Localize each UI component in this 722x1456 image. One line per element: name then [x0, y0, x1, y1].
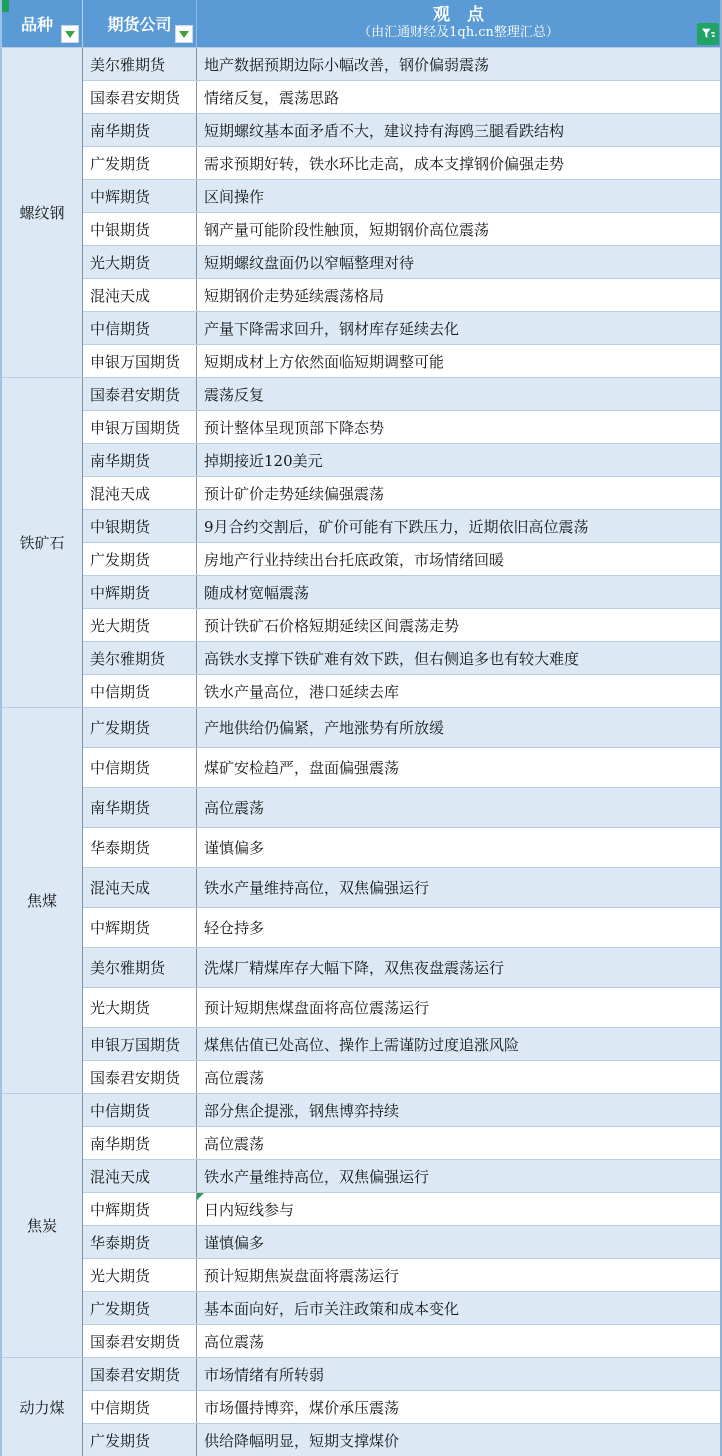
- view-cell[interactable]: 短期螺纹基本面矛盾不大，建议持有海鸥三腿看跌结构: [197, 114, 720, 146]
- table-row: 中信期货部分焦企提涨，钢焦博弈持续: [83, 1093, 720, 1126]
- company-cell[interactable]: 申银万国期货: [83, 1028, 197, 1060]
- table-row: 中信期货煤矿安检趋严，盘面偏强震荡: [83, 747, 720, 787]
- view-cell[interactable]: 部分焦企提涨，钢焦博弈持续: [197, 1094, 720, 1126]
- view-text: 短期螺纹盘面仍以窄幅整理对待: [204, 252, 414, 273]
- company-name: 中辉期货: [90, 186, 150, 207]
- company-cell[interactable]: 南华期货: [83, 788, 197, 827]
- view-cell[interactable]: 铁水产量高位，港口延续去库: [197, 675, 720, 707]
- company-cell[interactable]: 中信期货: [83, 1094, 197, 1126]
- view-cell[interactable]: 房地产行业持续出台托底政策，市场情绪回暖: [197, 543, 720, 575]
- table-row: 中辉期货随成材宽幅震荡: [83, 575, 720, 608]
- company-cell[interactable]: 中辉期货: [83, 576, 197, 608]
- variety-cell[interactable]: 螺纹钢: [2, 47, 83, 377]
- company-name: 申银万国期货: [90, 417, 180, 438]
- table-row: 南华期货掉期接近120美元: [83, 443, 720, 476]
- company-cell[interactable]: 中辉期货: [83, 180, 197, 212]
- company-name: 中辉期货: [90, 917, 150, 938]
- view-text: 房地产行业持续出台托底政策，市场情绪回暖: [204, 549, 504, 570]
- company-cell[interactable]: 华泰期货: [83, 828, 197, 867]
- table-row: 国泰君安期货震荡反复: [83, 377, 720, 410]
- view-text: 日内短线参与: [204, 1199, 294, 1220]
- company-name: 南华期货: [90, 1133, 150, 1154]
- company-name: 光大期货: [90, 997, 150, 1018]
- company-cell[interactable]: 美尔雅期货: [83, 48, 197, 80]
- company-name: 华泰期货: [90, 837, 150, 858]
- company-name: 广发期货: [90, 717, 150, 738]
- note-marker-icon: [197, 1193, 204, 1200]
- company-cell[interactable]: 广发期货: [83, 147, 197, 179]
- table-row: 光大期货预计铁矿石价格短期延续区间震荡走势: [83, 608, 720, 641]
- variety-cell[interactable]: 焦炭: [2, 1093, 83, 1357]
- view-text: 预计短期焦炭盘面将震荡运行: [204, 1265, 399, 1286]
- view-text: 震荡反复: [204, 384, 264, 405]
- column-header-variety[interactable]: 品种: [2, 0, 83, 47]
- table-row: 华泰期货谨慎偏多: [83, 1225, 720, 1258]
- view-text: 短期螺纹基本面矛盾不大，建议持有海鸥三腿看跌结构: [204, 120, 564, 141]
- company-cell[interactable]: 混沌天成: [83, 279, 197, 311]
- view-text: 短期钢价走势延续震荡格局: [204, 285, 384, 306]
- company-cell[interactable]: 光大期货: [83, 609, 197, 641]
- view-text: 需求预期好转，铁水环比走高，成本支撑钢价偏强走势: [204, 153, 564, 174]
- view-text: 产地供给仍偏紧，产地涨势有所放缓: [204, 717, 444, 738]
- company-cell[interactable]: 美尔雅期货: [83, 642, 197, 674]
- view-text: 部分焦企提涨，钢焦博弈持续: [204, 1100, 399, 1121]
- view-cell[interactable]: 预计整体呈现顶部下降态势: [197, 411, 720, 443]
- view-text: 市场僵持博弈，煤价承压震荡: [204, 1397, 399, 1418]
- company-cell[interactable]: 国泰君安期货: [83, 1358, 197, 1390]
- filter-dropdown-icon: [179, 31, 189, 38]
- view-cell[interactable]: 轻仓持多: [197, 908, 720, 947]
- table-row: 南华期货高位震荡: [83, 1126, 720, 1159]
- company-cell[interactable]: 南华期货: [83, 444, 197, 476]
- table-row: 国泰君安期货高位震荡: [83, 1060, 720, 1093]
- company-name: 中辉期货: [90, 582, 150, 603]
- company-cell[interactable]: 中辉期货: [83, 908, 197, 947]
- company-cell[interactable]: 国泰君安期货: [83, 1061, 197, 1093]
- table-row: 光大期货预计短期焦煤盘面将高位震荡运行: [83, 987, 720, 1027]
- view-cell[interactable]: 高位震荡: [197, 1061, 720, 1093]
- view-text: 预计整体呈现顶部下降态势: [204, 417, 384, 438]
- table-row: 国泰君安期货高位震荡: [83, 1324, 720, 1357]
- view-cell[interactable]: 供给降幅明显，短期支撑煤价: [197, 1424, 720, 1456]
- company-name: 中银期货: [90, 219, 150, 240]
- company-cell[interactable]: 光大期货: [83, 988, 197, 1027]
- view-cell[interactable]: 高位震荡: [197, 1325, 720, 1357]
- table-row: 华泰期货谨慎偏多: [83, 827, 720, 867]
- section-3: 焦煤广发期货产地供给仍偏紧，产地涨势有所放缓中信期货煤矿安检趋严，盘面偏强震荡南…: [2, 707, 720, 1093]
- section-2: 铁矿石国泰君安期货震荡反复申银万国期货预计整体呈现顶部下降态势南华期货掉期接近1…: [2, 377, 720, 707]
- company-name: 光大期货: [90, 615, 150, 636]
- table-row: 申银万国期货短期成材上方依然面临短期调整可能: [83, 344, 720, 377]
- variety-cell[interactable]: 焦煤: [2, 707, 83, 1093]
- view-header-subtitle: （由汇通财经及1qh.cn整理汇总）: [358, 26, 559, 41]
- company-name: 国泰君安期货: [90, 1364, 180, 1385]
- view-cell[interactable]: 产地供给仍偏紧，产地涨势有所放缓: [197, 708, 720, 747]
- view-cell[interactable]: 铁水产量维持高位，双焦偏强运行: [197, 1160, 720, 1192]
- company-name: 南华期货: [90, 797, 150, 818]
- table-row: 中银期货钢产量可能阶段性触顶，短期钢价高位震荡: [83, 212, 720, 245]
- view-text: 随成材宽幅震荡: [204, 582, 309, 603]
- company-cell[interactable]: 中银期货: [83, 213, 197, 245]
- variety-label: 螺纹钢: [19, 202, 64, 223]
- company-name: 光大期货: [90, 252, 150, 273]
- company-name: 混沌天成: [90, 483, 150, 504]
- view-text: 供给降幅明显，短期支撑煤价: [204, 1430, 399, 1451]
- section-rows: 中信期货部分焦企提涨，钢焦博弈持续南华期货高位震荡混沌天成铁水产量维持高位，双焦…: [83, 1093, 720, 1357]
- table-row: 申银万国期货预计整体呈现顶部下降态势: [83, 410, 720, 443]
- company-cell[interactable]: 混沌天成: [83, 477, 197, 509]
- view-cell[interactable]: 高铁水支撑下铁矿难有效下跌，但右侧追多也有较大难度: [197, 642, 720, 674]
- view-cell[interactable]: 高位震荡: [197, 788, 720, 827]
- company-cell[interactable]: 国泰君安期货: [83, 378, 197, 410]
- table-row: 光大期货短期螺纹盘面仍以窄幅整理对待: [83, 245, 720, 278]
- company-name: 国泰君安期货: [90, 87, 180, 108]
- table-row: 混沌天成铁水产量维持高位，双焦偏强运行: [83, 1159, 720, 1192]
- sheet-corner-marker: [2, 0, 9, 12]
- table-row: 中辉期货区间操作: [83, 179, 720, 212]
- company-name: 混沌天成: [90, 877, 150, 898]
- company-name: 中信期货: [90, 757, 150, 778]
- company-header-label: 期货公司: [107, 12, 171, 35]
- company-name: 中银期货: [90, 516, 150, 537]
- company-name: 南华期货: [90, 450, 150, 471]
- view-text: 高位震荡: [204, 1331, 264, 1352]
- company-name: 申银万国期货: [90, 351, 180, 372]
- view-text: 市场情绪有所转弱: [204, 1364, 324, 1385]
- company-name: 美尔雅期货: [90, 54, 165, 75]
- company-name: 中信期货: [90, 681, 150, 702]
- table-row: 混沌天成短期钢价走势延续震荡格局: [83, 278, 720, 311]
- view-text: 9月合约交割后，矿价可能有下跌压力，近期依旧高位震荡: [204, 516, 589, 537]
- company-cell[interactable]: 申银万国期货: [83, 411, 197, 443]
- view-cell[interactable]: 预计铁矿石价格短期延续区间震荡走势: [197, 609, 720, 641]
- view-cell[interactable]: 日内短线参与: [197, 1193, 720, 1225]
- company-name: 申银万国期货: [90, 1034, 180, 1055]
- company-name: 国泰君安期货: [90, 384, 180, 405]
- view-text: 掉期接近120美元: [204, 450, 323, 471]
- view-text: 煤焦估值已处高位、操作上需谨防过度追涨风险: [204, 1034, 519, 1055]
- company-cell[interactable]: 光大期货: [83, 246, 197, 278]
- view-text: 高位震荡: [204, 1133, 264, 1154]
- table-header: 品种 期货公司 观 点 （由汇通财经及1qh.cn整理汇总）: [2, 0, 720, 47]
- table-row: 广发期货供给降幅明显，短期支撑煤价: [83, 1423, 720, 1456]
- table-row: 广发期货基本面向好，后市关注政策和成本变化: [83, 1291, 720, 1324]
- company-cell[interactable]: 光大期货: [83, 1259, 197, 1291]
- view-cell[interactable]: 区间操作: [197, 180, 720, 212]
- view-text: 谨慎偏多: [204, 1232, 264, 1253]
- variety-label: 焦煤: [27, 890, 57, 911]
- view-text: 短期成材上方依然面临短期调整可能: [204, 351, 444, 372]
- view-text: 产量下降需求回升，钢材库存延续去化: [204, 318, 459, 339]
- view-cell[interactable]: 随成材宽幅震荡: [197, 576, 720, 608]
- view-text: 洗煤厂精煤库存大幅下降，双焦夜盘震荡运行: [204, 957, 504, 978]
- view-text: 区间操作: [204, 186, 264, 207]
- section-5: 动力煤国泰君安期货市场情绪有所转弱中信期货市场僵持博弈，煤价承压震荡广发期货供给…: [2, 1357, 720, 1456]
- company-name: 广发期货: [90, 549, 150, 570]
- company-cell[interactable]: 中信期货: [83, 1391, 197, 1423]
- table-row: 中辉期货轻仓持多: [83, 907, 720, 947]
- company-cell[interactable]: 国泰君安期货: [83, 1325, 197, 1357]
- view-text: 预计矿价走势延续偏强震荡: [204, 483, 384, 504]
- view-cell[interactable]: 短期钢价走势延续震荡格局: [197, 279, 720, 311]
- section-rows: 国泰君安期货市场情绪有所转弱中信期货市场僵持博弈，煤价承压震荡广发期货供给降幅明…: [83, 1357, 720, 1456]
- section-4: 焦炭中信期货部分焦企提涨，钢焦博弈持续南华期货高位震荡混沌天成铁水产量维持高位，…: [2, 1093, 720, 1357]
- view-cell[interactable]: 预计短期焦炭盘面将震荡运行: [197, 1259, 720, 1291]
- company-cell[interactable]: 混沌天成: [83, 1160, 197, 1192]
- view-cell[interactable]: 市场情绪有所转弱: [197, 1358, 720, 1390]
- variety-cell[interactable]: 动力煤: [2, 1357, 83, 1456]
- view-text: 情绪反复，震荡思路: [204, 87, 339, 108]
- company-name: 国泰君安期货: [90, 1331, 180, 1352]
- company-cell[interactable]: 中银期货: [83, 510, 197, 542]
- section-rows: 美尔雅期货地产数据预期边际小幅改善，钢价偏弱震荡国泰君安期货情绪反复，震荡思路南…: [83, 47, 720, 377]
- view-text: 铁水产量高位，港口延续去库: [204, 681, 399, 702]
- company-cell[interactable]: 南华期货: [83, 1127, 197, 1159]
- company-name: 中信期货: [90, 318, 150, 339]
- table-body: 螺纹钢美尔雅期货地产数据预期边际小幅改善，钢价偏弱震荡国泰君安期货情绪反复，震荡…: [2, 47, 720, 1456]
- table-row: 南华期货短期螺纹基本面矛盾不大，建议持有海鸥三腿看跌结构: [83, 113, 720, 146]
- company-cell[interactable]: 广发期货: [83, 1424, 197, 1456]
- view-text: 地产数据预期边际小幅改善，钢价偏弱震荡: [204, 54, 489, 75]
- table-row: 中辉期货日内短线参与: [83, 1192, 720, 1225]
- view-text: 铁水产量维持高位，双焦偏强运行: [204, 877, 429, 898]
- view-cell[interactable]: 预计矿价走势延续偏强震荡: [197, 477, 720, 509]
- section-1: 螺纹钢美尔雅期货地产数据预期边际小幅改善，钢价偏弱震荡国泰君安期货情绪反复，震荡…: [2, 47, 720, 377]
- view-cell[interactable]: 煤焦估值已处高位、操作上需谨防过度追涨风险: [197, 1028, 720, 1060]
- view-text: 预计短期焦煤盘面将高位震荡运行: [204, 997, 429, 1018]
- table-row: 中信期货铁水产量高位，港口延续去库: [83, 674, 720, 707]
- company-name: 光大期货: [90, 1265, 150, 1286]
- table-row: 混沌天成预计矿价走势延续偏强震荡: [83, 476, 720, 509]
- company-cell[interactable]: 申银万国期货: [83, 345, 197, 377]
- company-name: 中辉期货: [90, 1199, 150, 1220]
- view-text: 铁水产量维持高位，双焦偏强运行: [204, 1166, 429, 1187]
- table-row: 美尔雅期货地产数据预期边际小幅改善，钢价偏弱震荡: [83, 47, 720, 80]
- view-cell[interactable]: 铁水产量维持高位，双焦偏强运行: [197, 868, 720, 907]
- variety-label: 焦炭: [27, 1215, 57, 1236]
- table-row: 中信期货市场僵持博弈，煤价承压震荡: [83, 1390, 720, 1423]
- variety-label: 动力煤: [19, 1397, 64, 1418]
- variety-cell[interactable]: 铁矿石: [2, 377, 83, 707]
- view-text: 高位震荡: [204, 797, 264, 818]
- company-name: 美尔雅期货: [90, 648, 165, 669]
- table-row: 美尔雅期货高铁水支撑下铁矿难有效下跌，但右侧追多也有较大难度: [83, 641, 720, 674]
- view-text: 基本面向好，后市关注政策和成本变化: [204, 1298, 459, 1319]
- company-name: 美尔雅期货: [90, 957, 165, 978]
- view-cell[interactable]: 基本面向好，后市关注政策和成本变化: [197, 1292, 720, 1324]
- variety-header-label: 品种: [21, 12, 53, 35]
- table-row: 国泰君安期货市场情绪有所转弱: [83, 1357, 720, 1390]
- section-rows: 广发期货产地供给仍偏紧，产地涨势有所放缓中信期货煤矿安检趋严，盘面偏强震荡南华期…: [83, 707, 720, 1093]
- view-cell[interactable]: 地产数据预期边际小幅改善，钢价偏弱震荡: [197, 48, 720, 80]
- view-text: 谨慎偏多: [204, 837, 264, 858]
- company-filter-button[interactable]: [175, 25, 193, 43]
- table-row: 中银期货9月合约交割后，矿价可能有下跌压力，近期依旧高位震荡: [83, 509, 720, 542]
- view-cell[interactable]: 震荡反复: [197, 378, 720, 410]
- company-name: 中信期货: [90, 1397, 150, 1418]
- view-cell[interactable]: 高位震荡: [197, 1127, 720, 1159]
- view-cell[interactable]: 钢产量可能阶段性触顶，短期钢价高位震荡: [197, 213, 720, 245]
- company-cell[interactable]: 南华期货: [83, 114, 197, 146]
- view-cell[interactable]: 掉期接近120美元: [197, 444, 720, 476]
- table-row: 国泰君安期货情绪反复，震荡思路: [83, 80, 720, 113]
- column-header-view[interactable]: 观 点 （由汇通财经及1qh.cn整理汇总）: [197, 0, 720, 47]
- funnel-filter-icon: [700, 26, 716, 42]
- company-cell[interactable]: 华泰期货: [83, 1226, 197, 1258]
- view-cell[interactable]: 市场僵持博弈，煤价承压震荡: [197, 1391, 720, 1423]
- company-name: 广发期货: [90, 153, 150, 174]
- table-row: 广发期货房地产行业持续出台托底政策，市场情绪回暖: [83, 542, 720, 575]
- company-cell[interactable]: 广发期货: [83, 543, 197, 575]
- table-row: 混沌天成铁水产量维持高位，双焦偏强运行: [83, 867, 720, 907]
- column-header-company[interactable]: 期货公司: [83, 0, 197, 47]
- company-name: 中信期货: [90, 1100, 150, 1121]
- company-cell[interactable]: 中辉期货: [83, 1193, 197, 1225]
- company-name: 广发期货: [90, 1298, 150, 1319]
- view-text: 轻仓持多: [204, 917, 264, 938]
- view-text: 高铁水支撑下铁矿难有效下跌，但右侧追多也有较大难度: [204, 648, 579, 669]
- view-cell[interactable]: 情绪反复，震荡思路: [197, 81, 720, 113]
- company-name: 华泰期货: [90, 1232, 150, 1253]
- table-row: 申银万国期货煤焦估值已处高位、操作上需谨防过度追涨风险: [83, 1027, 720, 1060]
- view-cell[interactable]: 洗煤厂精煤库存大幅下降，双焦夜盘震荡运行: [197, 948, 720, 987]
- table-row: 广发期货产地供给仍偏紧，产地涨势有所放缓: [83, 707, 720, 747]
- company-name: 南华期货: [90, 120, 150, 141]
- company-cell[interactable]: 中信期货: [83, 675, 197, 707]
- view-cell[interactable]: 产量下降需求回升，钢材库存延续去化: [197, 312, 720, 344]
- variety-filter-button[interactable]: [61, 25, 79, 43]
- company-cell[interactable]: 广发期货: [83, 708, 197, 747]
- filter-dropdown-icon: [65, 31, 75, 38]
- company-cell[interactable]: 国泰君安期货: [83, 81, 197, 113]
- view-cell[interactable]: 谨慎偏多: [197, 828, 720, 867]
- company-name: 广发期货: [90, 1430, 150, 1451]
- view-header-title: 观 点: [433, 6, 484, 26]
- funnel-filter-button[interactable]: [697, 23, 719, 45]
- company-name: 混沌天成: [90, 1166, 150, 1187]
- section-rows: 国泰君安期货震荡反复申银万国期货预计整体呈现顶部下降态势南华期货掉期接近120美…: [83, 377, 720, 707]
- company-cell[interactable]: 广发期货: [83, 1292, 197, 1324]
- view-cell[interactable]: 9月合约交割后，矿价可能有下跌压力，近期依旧高位震荡: [197, 510, 720, 542]
- table-row: 广发期货需求预期好转，铁水环比走高，成本支撑钢价偏强走势: [83, 146, 720, 179]
- company-cell[interactable]: 中信期货: [83, 312, 197, 344]
- view-text: 煤矿安检趋严，盘面偏强震荡: [204, 757, 399, 778]
- variety-label: 铁矿石: [19, 532, 64, 553]
- view-cell[interactable]: 需求预期好转，铁水环比走高，成本支撑钢价偏强走势: [197, 147, 720, 179]
- view-cell[interactable]: 预计短期焦煤盘面将高位震荡运行: [197, 988, 720, 1027]
- futures-opinions-table: 品种 期货公司 观 点 （由汇通财经及1qh.cn整理汇总） 螺纹钢美尔雅期货地…: [0, 0, 722, 1456]
- table-row: 中信期货产量下降需求回升，钢材库存延续去化: [83, 311, 720, 344]
- company-cell[interactable]: 美尔雅期货: [83, 948, 197, 987]
- company-name: 混沌天成: [90, 285, 150, 306]
- company-cell[interactable]: 混沌天成: [83, 868, 197, 907]
- view-text: 钢产量可能阶段性触顶，短期钢价高位震荡: [204, 219, 489, 240]
- company-cell[interactable]: 中信期货: [83, 748, 197, 787]
- view-text: 高位震荡: [204, 1067, 264, 1088]
- view-cell[interactable]: 煤矿安检趋严，盘面偏强震荡: [197, 748, 720, 787]
- table-row: 美尔雅期货洗煤厂精煤库存大幅下降，双焦夜盘震荡运行: [83, 947, 720, 987]
- view-cell[interactable]: 短期螺纹盘面仍以窄幅整理对待: [197, 246, 720, 278]
- table-row: 光大期货预计短期焦炭盘面将震荡运行: [83, 1258, 720, 1291]
- table-row: 南华期货高位震荡: [83, 787, 720, 827]
- company-name: 国泰君安期货: [90, 1067, 180, 1088]
- view-text: 预计铁矿石价格短期延续区间震荡走势: [204, 615, 459, 636]
- view-cell[interactable]: 短期成材上方依然面临短期调整可能: [197, 345, 720, 377]
- view-cell[interactable]: 谨慎偏多: [197, 1226, 720, 1258]
